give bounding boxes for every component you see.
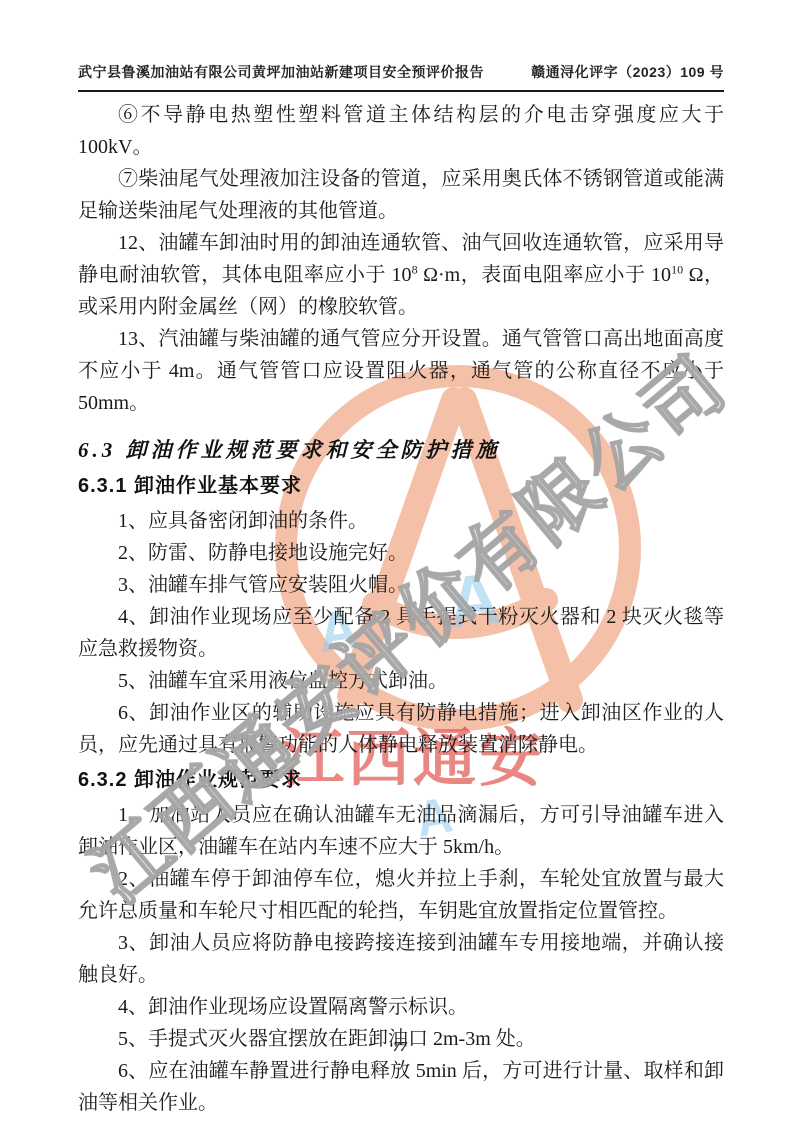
header-report-title: 武宁县鲁溪加油站有限公司黄坪加油站新建项目安全预评价报告 <box>78 62 484 82</box>
list-item: 6、应在油罐车静置进行静电释放 5min 后，方可进行计量、取样和卸油等相关作业… <box>78 1055 724 1119</box>
document-body: ⑥不导静电热塑性塑料管道主体结构层的介电击穿强度应大于 100kV。 ⑦柴油尾气… <box>78 99 724 1119</box>
section-heading-6-3-1: 6.3.1 卸油作业基本要求 <box>78 470 724 502</box>
list-item: 5、油罐车宜采用液位监控方式卸油。 <box>78 665 724 697</box>
page-header: 武宁县鲁溪加油站有限公司黄坪加油站新建项目安全预评价报告 赣通浔化评字（2023… <box>78 62 724 92</box>
section-heading-6-3-2: 6.3.2 卸油作业规范要求 <box>78 764 724 796</box>
list-item: 4、卸油作业现场应至少配备 2 具手提式干粉灭火器和 2 块灭火毯等应急救援物资… <box>78 601 724 665</box>
list-item: 2、防雷、防静电接地设施完好。 <box>78 537 724 569</box>
list-item: 1、应具备密闭卸油的条件。 <box>78 505 724 537</box>
paragraph-clause-6: ⑥不导静电热塑性塑料管道主体结构层的介电击穿强度应大于 100kV。 <box>78 99 724 163</box>
list-item: 6、卸油作业区的辅助设施应具有防静电措施；进入卸油区作业的人员，应先通过具有报警… <box>78 697 724 761</box>
list-item: 4、卸油作业现场应设置隔离警示标识。 <box>78 991 724 1023</box>
section-heading-6-3: 6.3 卸油作业规范要求和安全防护措施 <box>78 434 724 466</box>
clause-12-exponent: 10 <box>671 262 683 276</box>
header-document-number: 赣通浔化评字（2023）109 号 <box>531 62 724 82</box>
clause-12-text: Ω·m，表面电阻率应小于 10 <box>418 264 672 286</box>
list-item: 5、手提式灭火器宜摆放在距卸油口 2m-3m 处。 <box>78 1023 724 1055</box>
paragraph-clause-7: ⑦柴油尾气处理液加注设备的管道，应采用奥氏体不锈钢管道或能满足输送柴油尾气处理液… <box>78 163 724 227</box>
list-item: 2、油罐车停于卸油停车位，熄火并拉上手刹，车轮处宜放置与最大允许总质量和车轮尺寸… <box>78 863 724 927</box>
list-item: 3、油罐车排气管应安装阻火帽。 <box>78 569 724 601</box>
document-page: 江西通安 A A A 武宁县鲁溪加油站有限公司黄坪加油站新建项目安全预评价报告 … <box>0 0 800 1131</box>
list-item: 3、卸油人员应将防静电接跨接连接到油罐车专用接地端，并确认接触良好。 <box>78 927 724 991</box>
paragraph-clause-13: 13、汽油罐与柴油罐的通气管应分开设置。通气管管口高出地面高度不应小于 4m。通… <box>78 323 724 419</box>
paragraph-clause-12: 12、油罐车卸油时用的卸油连通软管、油气回收连通软管，应采用导静电耐油软管，其体… <box>78 227 724 323</box>
list-item: 1、加油站人员应在确认油罐车无油品滴漏后，方可引导油罐车进入卸油作业区，油罐车在… <box>78 799 724 863</box>
